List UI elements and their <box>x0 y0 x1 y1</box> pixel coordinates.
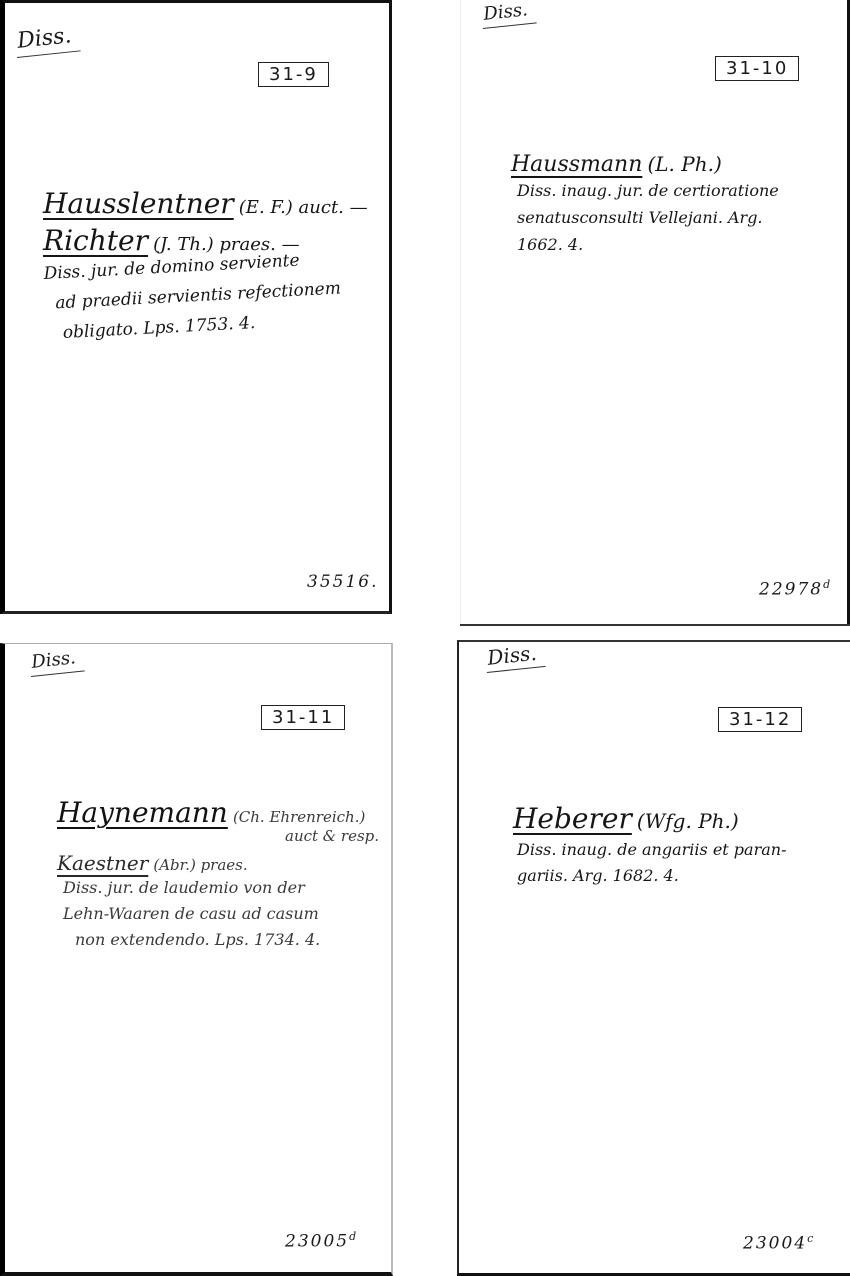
accession-number: 23004c <box>743 1232 815 1254</box>
author-name: Haynemann <box>57 796 228 829</box>
accession-number: 35516. <box>307 572 378 592</box>
title-body: Diss. inaug. jur. de certioratione senat… <box>511 177 779 258</box>
author-line: Haussmann (L. Ph.) <box>511 152 779 177</box>
body-line: non extendendo. Lps. 1734. 4. <box>57 927 379 953</box>
catalog-entry: Heberer (Wfg. Ph.) Diss. inaug. de angar… <box>513 802 786 889</box>
second-author-name: Richter <box>43 224 148 257</box>
catalog-entry: Haussmann (L. Ph.) Diss. inaug. jur. de … <box>511 152 779 258</box>
title-body: Diss. jur. de laudemio von der Lehn-Waar… <box>57 875 379 953</box>
call-number-box: 31-9 <box>258 62 329 87</box>
second-author-line: Kaestner (Abr.) praes. <box>57 851 379 875</box>
body-line: 1662. 4. <box>511 231 779 258</box>
body-line: Diss. inaug. jur. de certioratione <box>511 177 779 204</box>
call-number-box: 31-10 <box>715 56 799 81</box>
card-edge-divider <box>460 624 850 626</box>
dis-mark: Diss. <box>484 642 546 673</box>
author-line: Heberer (Wfg. Ph.) <box>513 802 786 835</box>
author-qualifier: (E. F.) auct. — <box>239 197 368 218</box>
catalog-card-31-10: Diss. 31-10 Haussmann (L. Ph.) Diss. ina… <box>460 0 850 626</box>
dis-mark: Diss. <box>481 0 537 29</box>
author-qualifier: (Ch. Ehrenreich.) <box>233 808 365 826</box>
body-line: senatusconsulti Vellejani. Arg. <box>511 204 779 231</box>
accession-number-value: 23005 <box>285 1232 349 1252</box>
body-line: Diss. inaug. de angariis et paran- <box>513 837 786 863</box>
author-role: auct & resp. <box>57 827 379 845</box>
second-author-name: Kaestner <box>57 851 148 875</box>
title-body: Diss. jur. de domino serviente ad praedi… <box>43 242 372 349</box>
dis-mark: Diss. <box>14 24 81 58</box>
dis-mark: Diss. <box>29 648 85 677</box>
author-line: Hausslentner (E. F.) auct. — <box>43 187 368 220</box>
catalog-card-31-9: Diss. 31-9 Hausslentner (E. F.) auct. — … <box>0 0 392 614</box>
catalog-entry: Haynemann (Ch. Ehrenreich.) auct & resp.… <box>57 796 379 953</box>
body-line: gariis. Arg. 1682. 4. <box>513 863 786 889</box>
author-line: Haynemann (Ch. Ehrenreich.) <box>57 796 379 829</box>
author-name: Heberer <box>513 802 632 835</box>
author-qualifier: (Wfg. Ph.) <box>637 809 739 833</box>
call-number-box: 31-11 <box>261 705 345 730</box>
title-body: Diss. inaug. de angariis et paran- garii… <box>513 837 786 889</box>
call-number-box: 31-12 <box>718 707 802 732</box>
body-line: Lehn-Waaren de casu ad casum <box>57 901 379 927</box>
accession-suffix: d <box>349 1230 358 1243</box>
author-qualifier: (L. Ph.) <box>647 152 721 176</box>
catalog-card-31-12: Diss. 31-12 Heberer (Wfg. Ph.) Diss. ina… <box>457 640 850 1276</box>
author-name: Hausslentner <box>43 187 234 220</box>
accession-number: 22978d <box>759 578 832 600</box>
author-name: Haussmann <box>511 152 642 177</box>
accession-number-value: 22978 <box>759 580 823 600</box>
body-line: Diss. jur. de laudemio von der <box>57 875 379 901</box>
accession-suffix: d <box>823 578 832 591</box>
catalog-entry: Hausslentner (E. F.) auct. — Richter (J.… <box>43 187 368 349</box>
accession-number: 23005d <box>285 1230 358 1252</box>
second-author-qualifier: (Abr.) praes. <box>153 856 247 874</box>
catalog-card-31-11: Diss. 31-11 Haynemann (Ch. Ehrenreich.) … <box>0 643 393 1276</box>
accession-suffix: c <box>807 1232 815 1245</box>
accession-number-value: 23004 <box>743 1234 807 1254</box>
